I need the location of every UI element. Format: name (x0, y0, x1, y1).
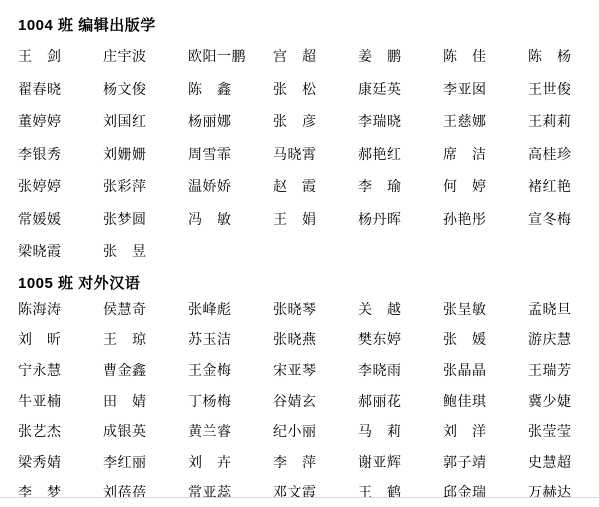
student-name: 何 婷 (443, 176, 528, 196)
student-name: 杨丹晖 (358, 209, 443, 229)
student-name: 张婷婷 (18, 176, 103, 196)
student-name: 康廷英 (358, 79, 443, 99)
student-name: 杨丽娜 (188, 111, 273, 131)
name-row: 李 梦刘蓓蓓常亚蕊邓文霞王 鹤邱金瑞万赫达 (0, 477, 599, 507)
name-row: 董婷婷刘国红杨丽娜张 彦李瑞晓王慈娜王莉莉 (0, 105, 599, 138)
name-row: 常媛媛张梦圆冯 敏王 娟杨丹晖孙艳彤宣冬梅 (0, 203, 599, 236)
section-title-1005: 1005 班 对外汉语 (0, 274, 599, 294)
student-name: 鲍佳琪 (443, 391, 528, 411)
student-name: 王瑞芳 (528, 360, 600, 380)
student-name: 李 萍 (273, 452, 358, 472)
student-name: 宣冬梅 (528, 209, 600, 229)
student-name: 孙艳彤 (443, 209, 528, 229)
student-name: 李瑞晓 (358, 111, 443, 131)
student-name: 冯 敏 (188, 209, 273, 229)
name-row: 陈海涛侯慧奇张峰彪张晓琴关 越张呈敏孟晓旦 (0, 294, 599, 325)
student-name: 黄兰睿 (188, 421, 273, 441)
student-name: 杨文俊 (103, 79, 188, 99)
student-name: 万赫达 (528, 482, 600, 502)
name-row: 刘 昕王 琼苏玉洁张晓燕樊东婷张 媛游庆慧 (0, 324, 599, 355)
student-name: 翟春晓 (18, 79, 103, 99)
student-name: 温娇娇 (188, 176, 273, 196)
student-name: 王 剑 (18, 46, 103, 66)
student-name: 孟晓旦 (528, 299, 600, 319)
student-name: 张艺杰 (18, 421, 103, 441)
name-row: 李银秀刘姗姗周雪霏马晓霄郝艳红席 洁高桂珍 (0, 138, 599, 171)
student-name: 李 瑜 (358, 176, 443, 196)
student-name: 陈海涛 (18, 299, 103, 319)
student-name: 谷婧玄 (273, 391, 358, 411)
student-name: 张莹莹 (528, 421, 600, 441)
name-row: 张婷婷张彩萍温娇娇赵 霞李 瑜何 婷褚红艳 (0, 170, 599, 203)
student-name: 王 琼 (103, 329, 188, 349)
student-name: 张彩萍 (103, 176, 188, 196)
name-row: 牛亚楠田 婧丁杨梅谷婧玄郝丽花鲍佳琪冀少婕 (0, 385, 599, 416)
student-name: 王世俊 (528, 79, 600, 99)
student-name: 谢亚辉 (358, 452, 443, 472)
student-name: 张晓燕 (273, 329, 358, 349)
student-name: 褚红艳 (528, 176, 600, 196)
student-name: 张 彦 (273, 111, 358, 131)
student-name: 郝艳红 (358, 144, 443, 164)
student-name: 陈 杨 (528, 46, 600, 66)
student-name: 丁杨梅 (188, 391, 273, 411)
student-name: 刘 洋 (443, 421, 528, 441)
name-row: 王 剑庄宇波欧阳一鹏宫 超姜 鹏陈 佳陈 杨 (0, 40, 599, 73)
student-name: 陈 佳 (443, 46, 528, 66)
student-name: 庄宇波 (103, 46, 188, 66)
student-name: 王金梅 (188, 360, 273, 380)
student-name: 宁永慧 (18, 360, 103, 380)
student-name: 成银英 (103, 421, 188, 441)
student-name: 李银秀 (18, 144, 103, 164)
student-name: 王 娟 (273, 209, 358, 229)
student-name: 张 昱 (103, 241, 188, 261)
student-name: 刘 昕 (18, 329, 103, 349)
student-name: 张 松 (273, 79, 358, 99)
student-name: 牛亚楠 (18, 391, 103, 411)
student-name: 刘蓓蓓 (103, 482, 188, 502)
name-row: 梁晓霞张 昱 (0, 235, 599, 268)
student-name: 游庆慧 (528, 329, 600, 349)
student-name: 张晓琴 (273, 299, 358, 319)
student-name: 李晓雨 (358, 360, 443, 380)
student-name: 李 梦 (18, 482, 103, 502)
student-name: 常亚蕊 (188, 482, 273, 502)
bottom-divider (0, 497, 599, 498)
student-name: 张 媛 (443, 329, 528, 349)
student-name: 陈 鑫 (188, 79, 273, 99)
student-name: 冀少婕 (528, 391, 600, 411)
student-name: 邱金瑞 (443, 482, 528, 502)
name-row: 宁永慧曹金鑫王金梅宋亚琴李晓雨张晶晶王瑞芳 (0, 355, 599, 386)
student-name: 郭子靖 (443, 452, 528, 472)
name-row: 梁秀婧李红丽刘 卉李 萍谢亚辉郭子靖史慧超 (0, 446, 599, 477)
student-name: 郝丽花 (358, 391, 443, 411)
student-name: 田 婧 (103, 391, 188, 411)
student-name: 席 洁 (443, 144, 528, 164)
student-name: 樊东婷 (358, 329, 443, 349)
section-class-1005: 1005 班 对外汉语 陈海涛侯慧奇张峰彪张晓琴关 越张呈敏孟晓旦刘 昕王 琼苏… (0, 274, 599, 507)
student-name: 张呈敏 (443, 299, 528, 319)
student-name: 刘姗姗 (103, 144, 188, 164)
student-name: 梁晓霞 (18, 241, 103, 261)
name-grid-1005: 陈海涛侯慧奇张峰彪张晓琴关 越张呈敏孟晓旦刘 昕王 琼苏玉洁张晓燕樊东婷张 媛游… (0, 294, 599, 507)
student-name: 曹金鑫 (103, 360, 188, 380)
student-name: 侯慧奇 (103, 299, 188, 319)
student-name: 梁秀婧 (18, 452, 103, 472)
student-name: 周雪霏 (188, 144, 273, 164)
student-name: 张梦圆 (103, 209, 188, 229)
student-name: 王莉莉 (528, 111, 600, 131)
name-row: 翟春晓杨文俊陈 鑫张 松康廷英李亚囡王世俊 (0, 73, 599, 106)
student-name: 高桂珍 (528, 144, 600, 164)
student-name: 马 莉 (358, 421, 443, 441)
student-name: 姜 鹏 (358, 46, 443, 66)
student-name: 张峰彪 (188, 299, 273, 319)
student-name: 张晶晶 (443, 360, 528, 380)
name-row: 张艺杰成银英黄兰睿纪小丽马 莉刘 洋张莹莹 (0, 416, 599, 447)
student-name: 苏玉洁 (188, 329, 273, 349)
student-name: 纪小丽 (273, 421, 358, 441)
student-name: 马晓霄 (273, 144, 358, 164)
student-name: 李亚囡 (443, 79, 528, 99)
class-roster-document: 1004 班 编辑出版学 王 剑庄宇波欧阳一鹏宫 超姜 鹏陈 佳陈 杨翟春晓杨文… (0, 0, 600, 507)
student-name: 王慈娜 (443, 111, 528, 131)
student-name: 刘国红 (103, 111, 188, 131)
student-name: 赵 霞 (273, 176, 358, 196)
student-name: 宋亚琴 (273, 360, 358, 380)
student-name: 王 鹤 (358, 482, 443, 502)
student-name: 邓文霞 (273, 482, 358, 502)
name-grid-1004: 王 剑庄宇波欧阳一鹏宫 超姜 鹏陈 佳陈 杨翟春晓杨文俊陈 鑫张 松康廷英李亚囡… (0, 40, 599, 268)
student-name: 关 越 (358, 299, 443, 319)
student-name: 欧阳一鹏 (188, 46, 273, 66)
student-name: 李红丽 (103, 452, 188, 472)
student-name: 刘 卉 (188, 452, 273, 472)
student-name: 史慧超 (528, 452, 600, 472)
section-class-1004: 1004 班 编辑出版学 王 剑庄宇波欧阳一鹏宫 超姜 鹏陈 佳陈 杨翟春晓杨文… (0, 0, 599, 268)
student-name: 宫 超 (273, 46, 358, 66)
section-title-1004: 1004 班 编辑出版学 (0, 0, 599, 40)
student-name: 董婷婷 (18, 111, 103, 131)
student-name: 常媛媛 (18, 209, 103, 229)
